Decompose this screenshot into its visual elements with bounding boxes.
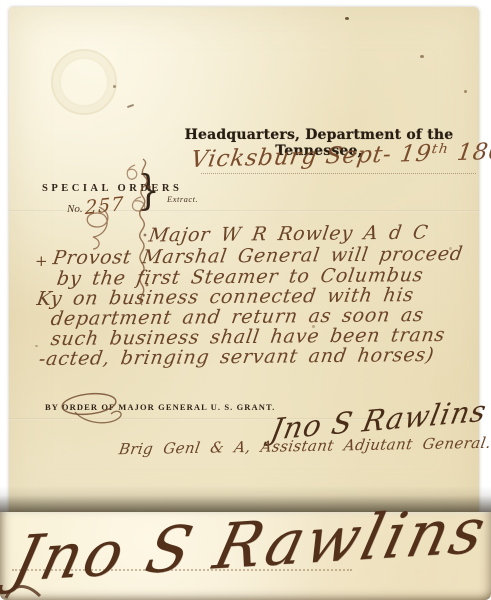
stain-spot [420, 55, 424, 58]
magnified-signature-strip: Jno S Rawlins [0, 512, 491, 600]
brace-glyph: } [137, 168, 160, 215]
stain-spot [35, 345, 38, 347]
stain-spot [464, 90, 467, 93]
dotted-rule [201, 173, 476, 174]
margin-insertion-mark: + [35, 252, 48, 270]
screenshot-root: { "title": "Special Orders — Headquarter… [0, 0, 491, 600]
order-number-handwriting: 257 [85, 193, 125, 219]
signer-title-handwriting: Brig Genl & A, Assistant Adjutant Genera… [118, 434, 491, 459]
embossed-seal [51, 49, 117, 115]
special-orders-label: SPECIAL ORDERS [42, 183, 182, 194]
document-paper: Headquarters, Department of the Tennesse… [9, 7, 479, 512]
body-line: -acted, bringing servant and horses) [37, 344, 436, 370]
stain-spot [113, 85, 116, 88]
extract-label: Extract. [167, 194, 198, 204]
stain-spot [345, 17, 349, 20]
order-number-label: No. [67, 203, 83, 215]
by-order-printed-line: BY ORDER OF MAJOR GENERAL U. S. GRANT. [45, 402, 275, 412]
stain-spot [127, 104, 134, 108]
